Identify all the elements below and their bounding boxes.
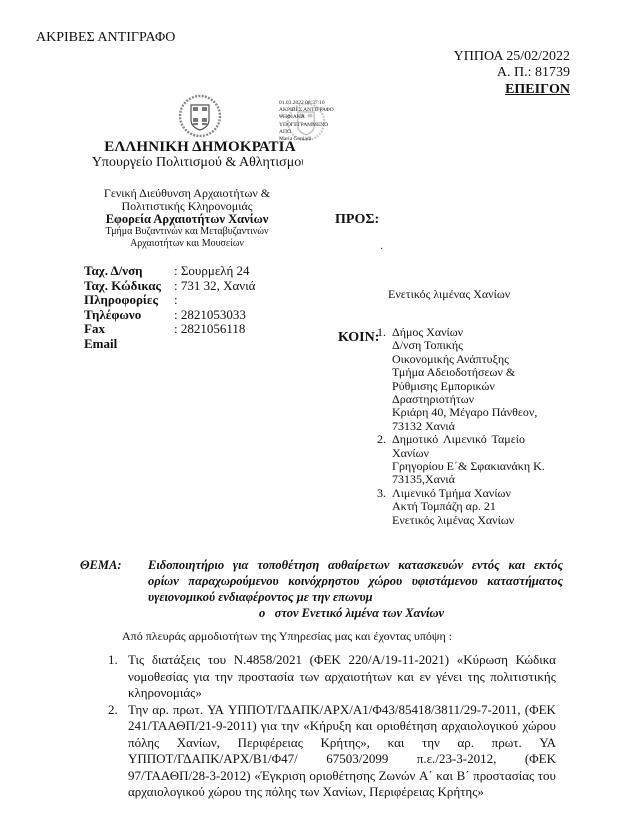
contact-row: Email	[84, 337, 256, 352]
ministry-name: Υπουργείο Πολιτισμού & Αθλητισμού	[0, 155, 303, 171]
subject-line: Ειδοποιητήριογιατοποθέτησηαυθαίρετωνκατα…	[148, 557, 563, 573]
cc-line: Οικονομικής Ανάπτυξης	[392, 353, 537, 366]
republic-title: ΕΛΛΗΝΙΚΗ ΔΗΜΟΚΡΑΤΙΑ	[0, 139, 303, 156]
cc-line: Ενετικός λιμένας Χανίων	[392, 514, 514, 527]
contact-value: : 2821053033	[174, 308, 256, 323]
cc-line: Τμήμα Αδειοδοτήσεων &	[392, 366, 537, 379]
contact-label: Τηλέφωνο	[84, 308, 174, 323]
department-line: Αρχαιοτήτων και Μουσείων	[62, 238, 312, 249]
subject-line: ο στον Ενετικό λιμένα των Χανίων	[148, 605, 563, 621]
item-number: 1.	[108, 652, 128, 702]
cc-word: Δημοτικό	[392, 433, 438, 446]
cc-line: Λιμενικό Τμήμα Χανίων	[392, 487, 514, 500]
cc-line: 73135,Χανιά	[392, 473, 545, 486]
subject-line: ορίωνπαραχωρούμενουκοινόχρηστουχώρουυφισ…	[148, 573, 563, 589]
contact-value: : 2821056118	[174, 322, 256, 337]
item-line: νομοθεσίαςγιατηνπροστασίατωναρχαιοτήτωνκ…	[128, 669, 556, 686]
contact-value: : 731 32, Χανιά	[174, 279, 256, 294]
cc-number: 3.	[377, 487, 392, 527]
legal-reference-item: 1. ΤιςδιατάξειςτουΝ.4858/2021(ΦΕΚ220/Α/1…	[108, 652, 556, 702]
subject-label: ΘΕΜΑ:	[80, 558, 122, 573]
cc-list: 1. Δήμος Χανίων Δ/νση Τοπικής Οικονομική…	[377, 326, 525, 527]
item-line: ΥΠΠΟΤ/ΓΔΑΠΚ/ΑΡΧ/Β1/Φ47/67503/2099π.ε./23…	[128, 751, 556, 768]
contact-row: Τηλέφωνο: 2821053033	[84, 308, 256, 323]
item-line: Τηναρ.πρωτ.ΥΑΥΠΠΟΤ/ΓΔΑΠΚ/ΑΡΧ/Α1/Φ43/8541…	[128, 702, 556, 719]
item-line: ΤιςδιατάξειςτουΝ.4858/2021(ΦΕΚ220/Α/19-1…	[128, 652, 556, 669]
item-line: 97/ΤΑΑΘΠ/28-3-2012)«ΈγκρισηοριοθέτησηςΖω…	[128, 768, 556, 785]
contact-value: : Σουρμελή 24	[174, 264, 256, 279]
contact-details: Ταχ. Δ/νση: Σουρμελή 24 Ταχ. Κώδικας: 73…	[84, 264, 256, 351]
item-number: 2.	[108, 702, 128, 801]
contact-label: Email	[84, 337, 174, 352]
legal-reference-item: 2. Τηναρ.πρωτ.ΥΑΥΠΠΟΤ/ΓΔΑΠΚ/ΑΡΧ/Α1/Φ43/8…	[108, 702, 556, 801]
legal-references-list: 1. ΤιςδιατάξειςτουΝ.4858/2021(ΦΕΚ220/Α/1…	[108, 652, 556, 801]
urgency-label: ΕΠΕΙΓΟΝ	[505, 82, 570, 98]
item-line: πόληςΧανίων,ΠεριφέρειαςΚρήτης»,καιτηναρ.…	[128, 735, 556, 752]
contact-row: Ταχ. Κώδικας: 731 32, Χανιά	[84, 279, 256, 294]
contact-row: Πληροφορίες:	[84, 293, 256, 308]
subject-text: Ειδοποιητήριογιατοποθέτησηαυθαίρετωνκατα…	[148, 557, 563, 621]
contact-value: :	[174, 293, 256, 308]
cc-item: 2. Δημοτικό Λιμενικό Ταμείο Χανίων Γρηγο…	[377, 433, 525, 487]
contact-row: Fax: 2821056118	[84, 322, 256, 337]
contact-row: Ταχ. Δ/νση: Σουρμελή 24	[84, 264, 256, 279]
ephorate-name: Εφορεία Αρχαιοτήτων Χανίων	[62, 212, 312, 227]
cc-line: Χανίων	[392, 447, 545, 460]
cc-item: 3. Λιμενικό Τμήμα Χανίων Ακτή Τομπάζη αρ…	[377, 487, 525, 527]
cc-line: Γρηγορίου Ε΄& Σφακιανάκη Κ.	[392, 460, 545, 473]
item-line: 241/ΤΑΑΘΠ/21-9-2011)γιατην«Κήρυξηκαιοριο…	[128, 718, 556, 735]
cc-word: Ταμείο	[491, 433, 525, 446]
cc-line: Ακτή Τομπάζη αρ. 21	[392, 500, 514, 513]
protocol-number: Α. Π.: 81739	[497, 65, 570, 81]
cc-line: Δήμος Χανίων	[392, 326, 537, 339]
item-line: κληρονομιάς»	[128, 685, 556, 702]
cc-label: ΚΟΙΝ:	[338, 330, 379, 346]
intro-paragraph: Από πλευράς αρμοδιοτήτων της Υπηρεσίας μ…	[122, 629, 452, 644]
item-line: αρχαιολογικού χώρου της πόλης των Χανίων…	[128, 784, 556, 801]
recipient-name: Ενετικός λιμένας Χανίων	[388, 287, 510, 302]
cc-line: Δ/νση Τοπικής	[392, 339, 537, 352]
contact-value	[174, 337, 256, 352]
cc-line: Δραστηριοτήτων	[392, 393, 537, 406]
cc-line: 73132 Χανιά	[392, 420, 537, 433]
cc-number: 2.	[377, 433, 392, 487]
cc-number: 1.	[377, 326, 392, 433]
cc-item: 1. Δήμος Χανίων Δ/νση Τοπικής Οικονομική…	[377, 326, 525, 433]
contact-label: Ταχ. Δ/νση	[84, 264, 174, 279]
cc-line: Ρύθμισης Εμπορικών	[392, 380, 537, 393]
cc-line: Κριάρη 40, Μέγαρο Πάνθεον,	[392, 406, 537, 419]
mark-dot: ·	[380, 244, 383, 255]
cc-word: Λιμενικό	[443, 433, 487, 446]
department-line: Τμήμα Βυζαντινών και Μεταβυζαντινών	[62, 226, 312, 237]
subject-line: υγειονομικού ενδιαφέροντος με την επωνυμ	[148, 589, 563, 605]
to-label: ΠΡΟΣ:	[335, 212, 379, 228]
reference-date: ΥΠΠΟΑ 25/02/2022	[454, 49, 570, 65]
contact-label: Ταχ. Κώδικας	[84, 279, 174, 294]
contact-label: Fax	[84, 322, 174, 337]
contact-label: Πληροφορίες	[84, 293, 174, 308]
